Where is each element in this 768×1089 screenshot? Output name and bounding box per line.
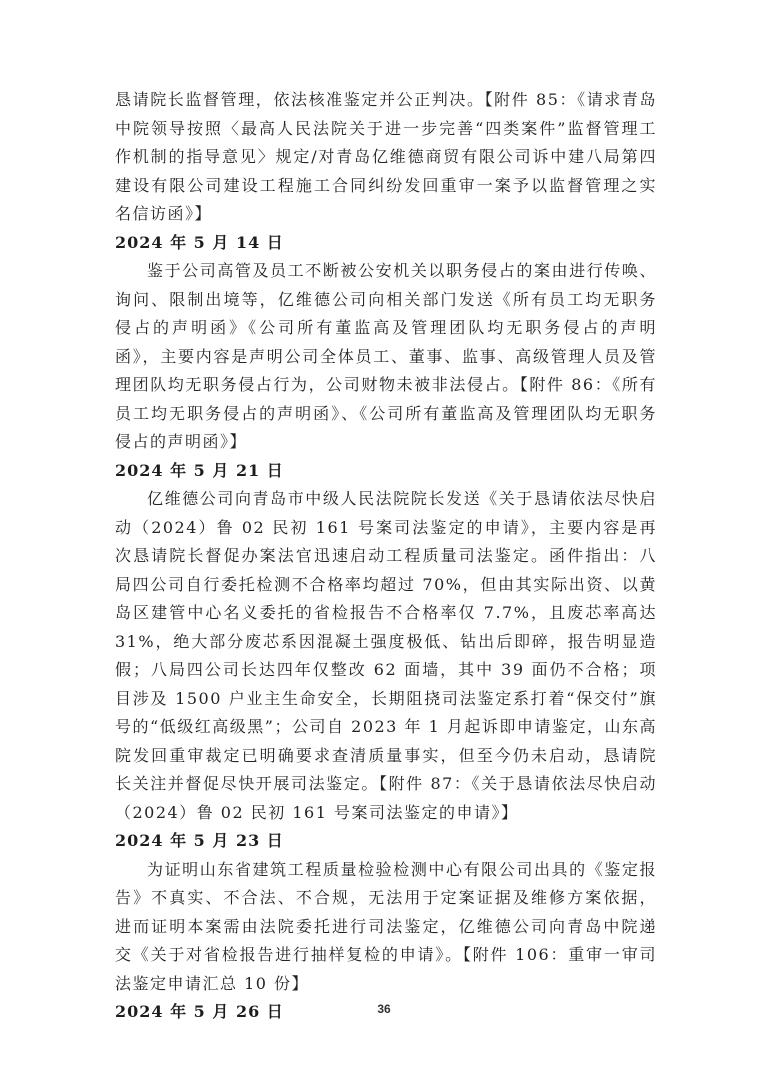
date-heading-may-21: 2024 年 5 月 21 日: [115, 457, 657, 486]
body-paragraph-may-23: 为证明山东省建筑工程质量检验检测中心有限公司出具的《鉴定报告》不真实、不合法、不…: [115, 856, 657, 999]
body-paragraph-may-21: 亿维德公司向青岛市中级人民法院院长发送《关于恳请依法尽快启动（2024）鲁 02…: [115, 485, 657, 827]
document-body: 恳请院长监督管理，依法核准鉴定并公正判决。【附件 85：《请求青岛中院领导按照〈…: [115, 86, 657, 1027]
body-paragraph-may-14: 鉴于公司高管及员工不断被公安机关以职务侵占的案由进行传唤、询问、限制出境等，亿维…: [115, 257, 657, 457]
page-number: 36: [0, 1002, 768, 1016]
date-heading-may-23: 2024 年 5 月 23 日: [115, 827, 657, 856]
document-page: 恳请院长监督管理，依法核准鉴定并公正判决。【附件 85：《请求青岛中院领导按照〈…: [0, 0, 768, 1089]
date-heading-may-14: 2024 年 5 月 14 日: [115, 229, 657, 258]
body-paragraph-continuation: 恳请院长监督管理，依法核准鉴定并公正判决。【附件 85：《请求青岛中院领导按照〈…: [115, 86, 657, 229]
